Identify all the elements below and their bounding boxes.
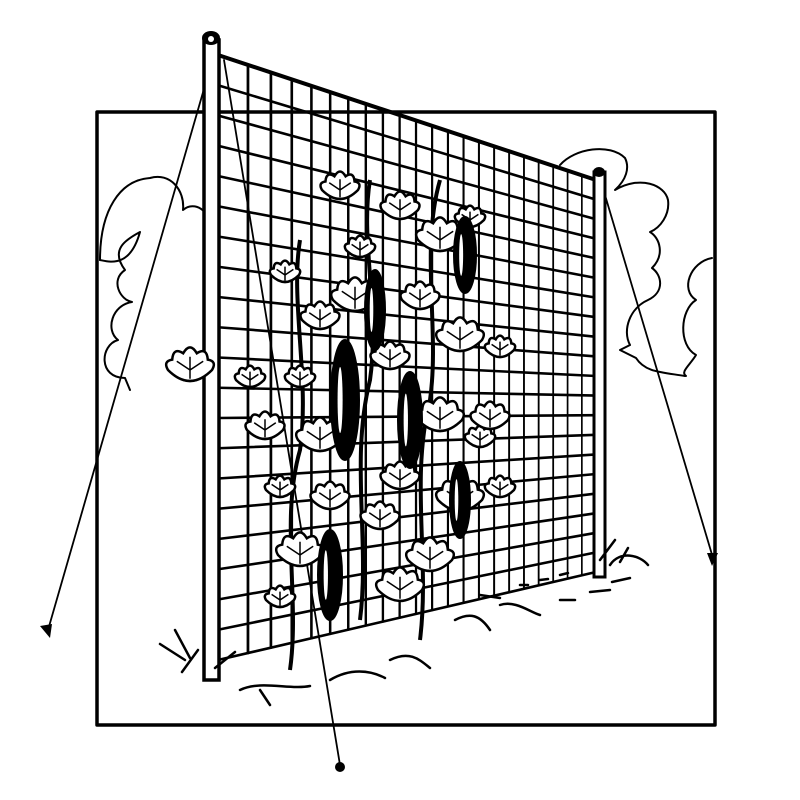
guy-lines: [48, 60, 713, 765]
ground-marks: [160, 540, 648, 705]
right-post: [593, 167, 605, 577]
stake-center: [335, 762, 345, 772]
cucumber: [365, 270, 385, 350]
trellis-illustration: [0, 0, 800, 800]
cucumber: [454, 217, 476, 293]
cucumber: [398, 372, 422, 468]
stake-left: [40, 624, 52, 638]
right-cloud: [560, 149, 712, 376]
cucumber: [318, 530, 342, 620]
cucumber: [450, 462, 470, 538]
cucumber: [331, 340, 359, 460]
